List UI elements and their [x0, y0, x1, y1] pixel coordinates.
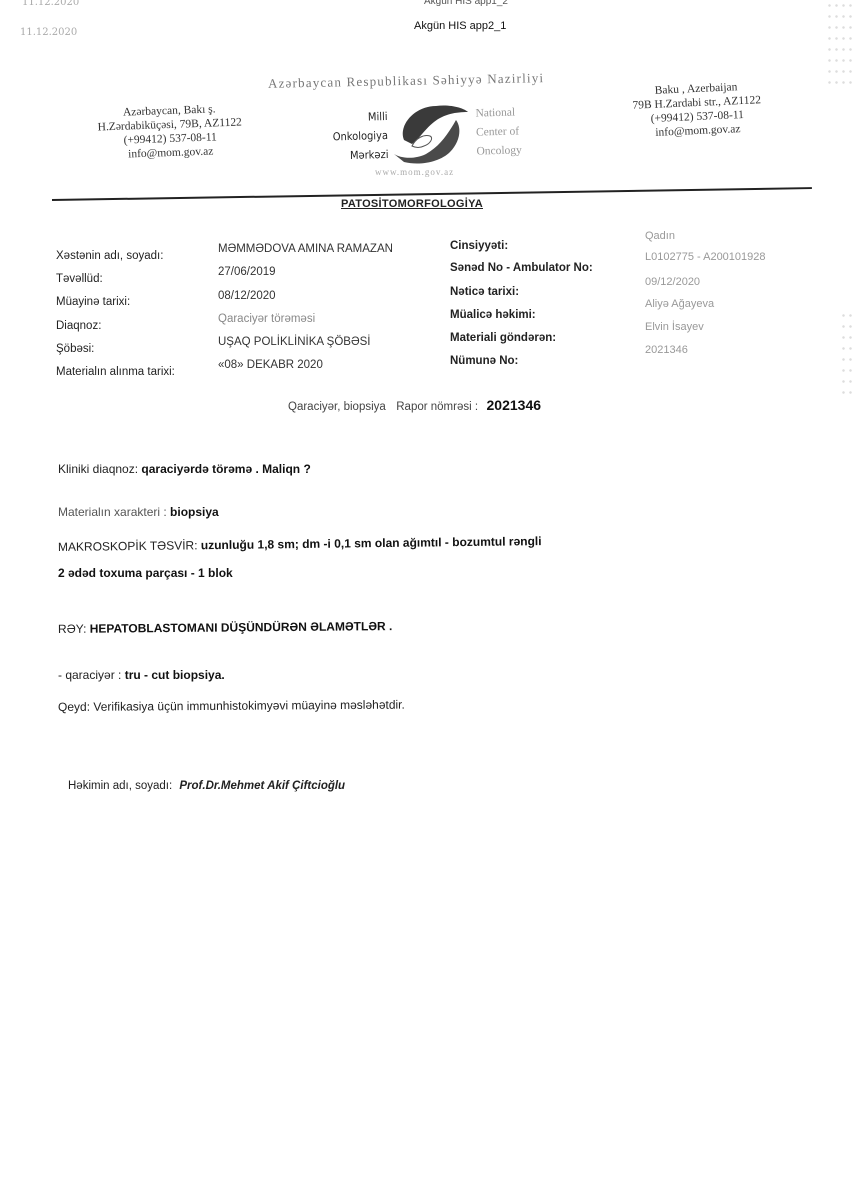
sample-number-value: 2021346: [645, 344, 688, 356]
sender-label: Materiali göndərən:: [450, 332, 556, 344]
sender-value: Elvin İsayev: [645, 321, 704, 333]
logo-text-en: National Center of Oncology: [475, 103, 522, 161]
collection-date-value: «08» DEKABR 2020: [218, 359, 323, 371]
material-character-value: biopsiya: [170, 505, 219, 519]
conclusion: RƏY: HEPATOBLASTOMANI DÜŞÜNDÜRƏN ƏLAMƏTL…: [58, 619, 392, 636]
treating-doctor-label: Müalicə həkimi:: [450, 309, 536, 321]
scan-artifact: [840, 310, 856, 400]
document-title: PATOSİTOMORFOLOGİYA: [341, 198, 483, 210]
logo-text-az: Milli Onkologiya Mərkəzi: [309, 107, 388, 166]
sample-number-label: Nümunə No:: [450, 355, 518, 367]
logo-text-line: Onkologiya: [310, 126, 388, 147]
diagnosis-value: Qaraciyər törəməsi: [218, 313, 315, 325]
diagnosis-label: Diaqnoz:: [56, 320, 101, 332]
gender-label: Cinsiyyəti:: [450, 240, 508, 252]
macroscopic-description-2: 2 ədəd toxuma parçası - 1 blok: [58, 566, 233, 580]
patient-name-label: Xəstənin adı, soyadı:: [56, 250, 163, 262]
signature: Həkimin adı, soyadı: Prof.Dr.Mehmet Akif…: [68, 780, 345, 792]
conclusion-label: RƏY:: [58, 622, 86, 636]
signature-label: Həkimin adı, soyadı:: [68, 780, 172, 792]
scan-artifact: [826, 0, 856, 90]
report-header: Qaraciyər, biopsiya Rapor nömrəsi : 2021…: [288, 397, 541, 415]
exam-date-value: 08/12/2020: [218, 290, 276, 302]
logo-text-line: Mərkəzi: [310, 145, 388, 166]
print-date: 11.12.2020: [20, 27, 77, 38]
collection-date-label: Materialın alınma tarixi:: [56, 366, 175, 378]
document-number-value: L0102775 - A200101928: [645, 251, 766, 263]
ministry-name: Azərbaycan Respublikası Səhiyyə Nazirliy…: [268, 70, 545, 92]
department-value: UŞAQ POLİKLİNİKA ŞÖBƏSİ: [218, 336, 370, 348]
department-label: Şöbəsi:: [56, 343, 94, 355]
hands-logo-icon: [390, 98, 470, 168]
treating-doctor-value: Aliyə Ağayeva: [645, 298, 714, 310]
procedure-prefix: - qaraciyər :: [58, 668, 121, 682]
note: Qeyd: Verifikasiya üçün immunhistokimyəv…: [58, 698, 405, 714]
procedure-value: tru - cut biopsiya.: [125, 668, 225, 682]
app-title: Akgün HIS app2_1: [414, 20, 506, 32]
logo-text-line: Center of: [476, 122, 522, 142]
procedure: - qaraciyər : tru - cut biopsiya.: [58, 668, 225, 682]
logo-text-line: Oncology: [476, 141, 522, 161]
note-value: Verifikasiya üçün immunhistokimyəvi müay…: [93, 698, 405, 714]
print-date-top: 11.12.2020: [22, 0, 79, 8]
right-address: Baku , Azerbaijan 79B H.Zardabi str., AZ…: [611, 78, 783, 141]
clinical-diagnosis: Kliniki diaqnoz: qaraciyərdə törəmə . Ma…: [58, 462, 311, 476]
result-date-value: 09/12/2020: [645, 276, 700, 288]
note-label: Qeyd:: [58, 700, 90, 714]
exam-date-label: Müayinə tarixi:: [56, 296, 130, 308]
gender-value: Qadın: [645, 230, 675, 242]
material-character: Materialın xarakteri : biopsiya: [58, 505, 219, 519]
macroscopic-value: uzunluğu 1,8 sm; dm -i 0,1 sm olan ağımt…: [201, 534, 542, 552]
material-character-label: Materialın xarakteri :: [58, 505, 167, 519]
logo-text-line: National: [475, 103, 521, 123]
clinical-diagnosis-label: Kliniki diaqnoz:: [58, 462, 138, 476]
conclusion-value: HEPATOBLASTOMANI DÜŞÜNDÜRƏN ƏLAMƏTLƏR .: [90, 619, 393, 636]
report-number: 2021346: [487, 397, 542, 413]
document-number-label: Sənəd No - Ambulator No:: [450, 262, 593, 274]
logo-text-line: Milli: [309, 107, 387, 128]
app-title-ghost: Akgün HIS app1_2: [424, 0, 508, 7]
macroscopic-description: MAKROSKOPİK TƏSVİR: uzunluğu 1,8 sm; dm …: [58, 534, 542, 554]
macroscopic-label: MAKROSKOPİK TƏSVİR:: [58, 538, 198, 554]
birthdate-value: 27/06/2019: [218, 266, 276, 278]
patient-name-value: MƏMMƏDOVA AMINA RAMAZAN: [218, 243, 393, 255]
result-date-label: Nəticə tarixi:: [450, 286, 519, 298]
specimen-type: Qaraciyər, biopsiya: [288, 401, 386, 413]
macroscopic-value-2: 2 ədəd toxuma parçası - 1 blok: [58, 566, 233, 580]
doctor-name: Prof.Dr.Mehmet Akif Çiftcioğlu: [179, 780, 345, 792]
website-link: www.mom.gov.az: [375, 167, 454, 177]
clinical-diagnosis-value: qaraciyərdə törəmə . Maliqn ?: [141, 462, 310, 476]
report-number-label: Rapor nömrəsi :: [396, 401, 478, 413]
birthdate-label: Təvəllüd:: [56, 273, 103, 285]
left-address: Azərbaycan, Bakı ş. H.Zərdabiküçəsi, 79B…: [89, 101, 251, 163]
